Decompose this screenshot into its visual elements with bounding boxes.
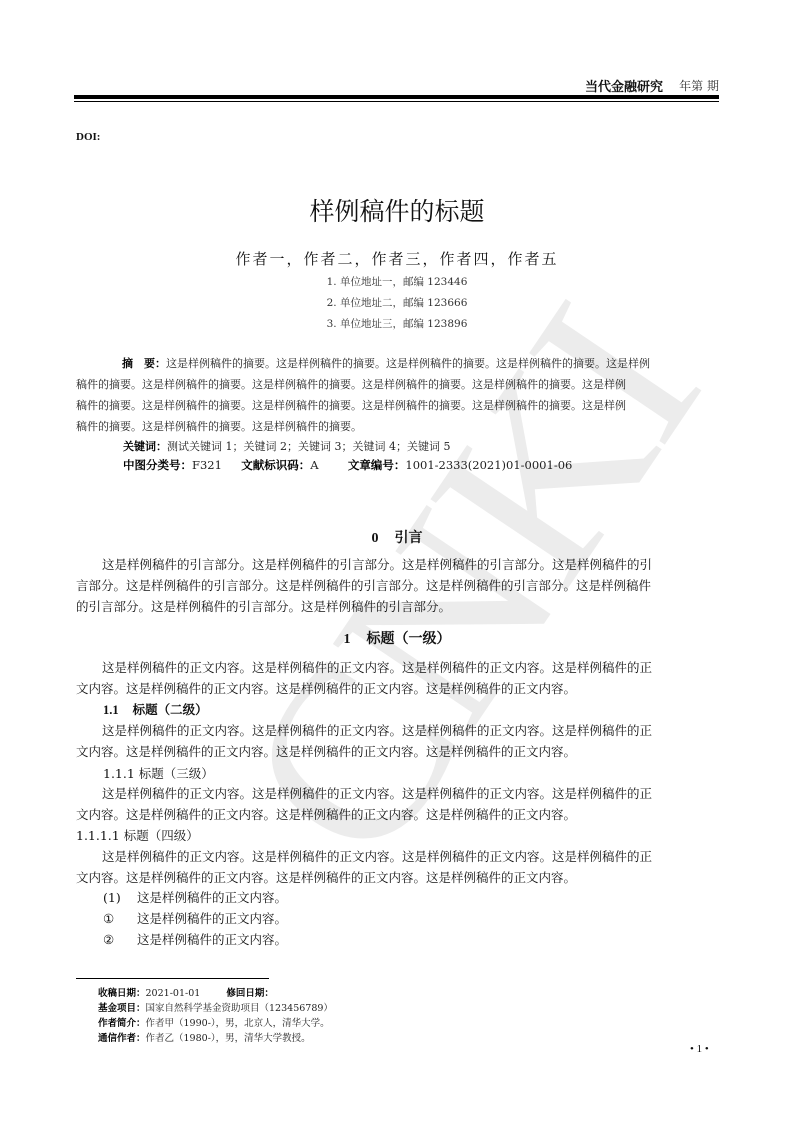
abstract-line: 稿件的摘要。这是样例稿件的摘要。这是样例稿件的摘要。这是样例稿件的摘要。这是样例… [76, 395, 698, 416]
affiliation-1: 1. 单位地址一，邮编 123446 [0, 274, 794, 289]
abstract-line: 稿件的摘要。这是样例稿件的摘要。这是样例稿件的摘要。这是样例稿件的摘要。这是样例… [76, 374, 698, 395]
list-item: (1)这是样例稿件的正文内容。 [103, 888, 287, 906]
journal-name: 当代金融研究 [585, 76, 663, 95]
issue-info: 年第 期 [679, 77, 719, 94]
doi-label: DOI: [76, 131, 100, 143]
footnote-rule [76, 978, 269, 979]
intro-paragraph: 这是样例稿件的引言部分。这是样例稿件的引言部分。这是样例稿件的引言部分。这是样例… [76, 554, 720, 617]
body-paragraph: 这是样例稿件的正文内容。这是样例稿件的正文内容。这是样例稿件的正文内容。这是样例… [76, 657, 720, 699]
classification: 中图分类号：F321 文献标识码：A 文章编号：1001-2333(2021)0… [123, 457, 572, 473]
section-heading-1-1-1-1: 1.1.1.1 标题（四级） [76, 826, 199, 844]
section-heading-1: 1标题（一级） [0, 628, 794, 648]
affiliation-3: 3. 单位地址三，邮编 123896 [0, 316, 794, 331]
header-rule-thin [74, 101, 719, 102]
keywords-label: 关键词： [123, 440, 167, 453]
abstract-line: 稿件的摘要。这是样例稿件的摘要。这是样例稿件的摘要。 [76, 416, 698, 437]
abstract-line: 摘 要：这是样例稿件的摘要。这是样例稿件的摘要。这是样例稿件的摘要。这是样例稿件… [98, 353, 698, 374]
paper-title: 样例稿件的标题 [0, 192, 794, 228]
footnote-author-bio: 作者简介：作者甲（1990-），男，北京人，清华大学。 [98, 1015, 330, 1029]
affiliation-2: 2. 单位地址二，邮编 123666 [0, 295, 794, 310]
header-rule-thick [74, 95, 719, 99]
body-paragraph: 这是样例稿件的正文内容。这是样例稿件的正文内容。这是样例稿件的正文内容。这是样例… [76, 846, 720, 888]
page-number: • 1 • [690, 1043, 709, 1055]
keywords-value: 测试关键词 1；关键词 2；关键词 3；关键词 4；关键词 5 [167, 440, 450, 453]
footnote-fund: 基金项目：国家自然科学基金资助项目（123456789） [98, 1000, 333, 1014]
footnote-corresponding: 通信作者：作者乙（1980-），男，清华大学教授。 [98, 1030, 311, 1044]
abstract-label: 摘 要： [122, 357, 166, 370]
section-heading-1-1-1: 1.1.1 标题（三级） [103, 764, 214, 782]
body-paragraph: 这是样例稿件的正文内容。这是样例稿件的正文内容。这是样例稿件的正文内容。这是样例… [76, 783, 720, 825]
abstract: 摘 要：这是样例稿件的摘要。这是样例稿件的摘要。这是样例稿件的摘要。这是样例稿件… [98, 353, 698, 437]
list-item: ①这是样例稿件的正文内容。 [103, 909, 287, 927]
list-item: ②这是样例稿件的正文内容。 [103, 930, 287, 948]
footnote-dates: 收稿日期：2021-01-01 修回日期： [98, 985, 274, 999]
author-list: 作者一，作者二，作者三，作者四，作者五 [0, 248, 794, 269]
body-paragraph: 这是样例稿件的正文内容。这是样例稿件的正文内容。这是样例稿件的正文内容。这是样例… [76, 720, 720, 762]
keywords: 关键词：测试关键词 1；关键词 2；关键词 3；关键词 4；关键词 5 [123, 438, 450, 454]
section-heading-intro: 0引言 [0, 527, 794, 547]
section-heading-1-1: 1.1标题（二级） [103, 700, 208, 718]
